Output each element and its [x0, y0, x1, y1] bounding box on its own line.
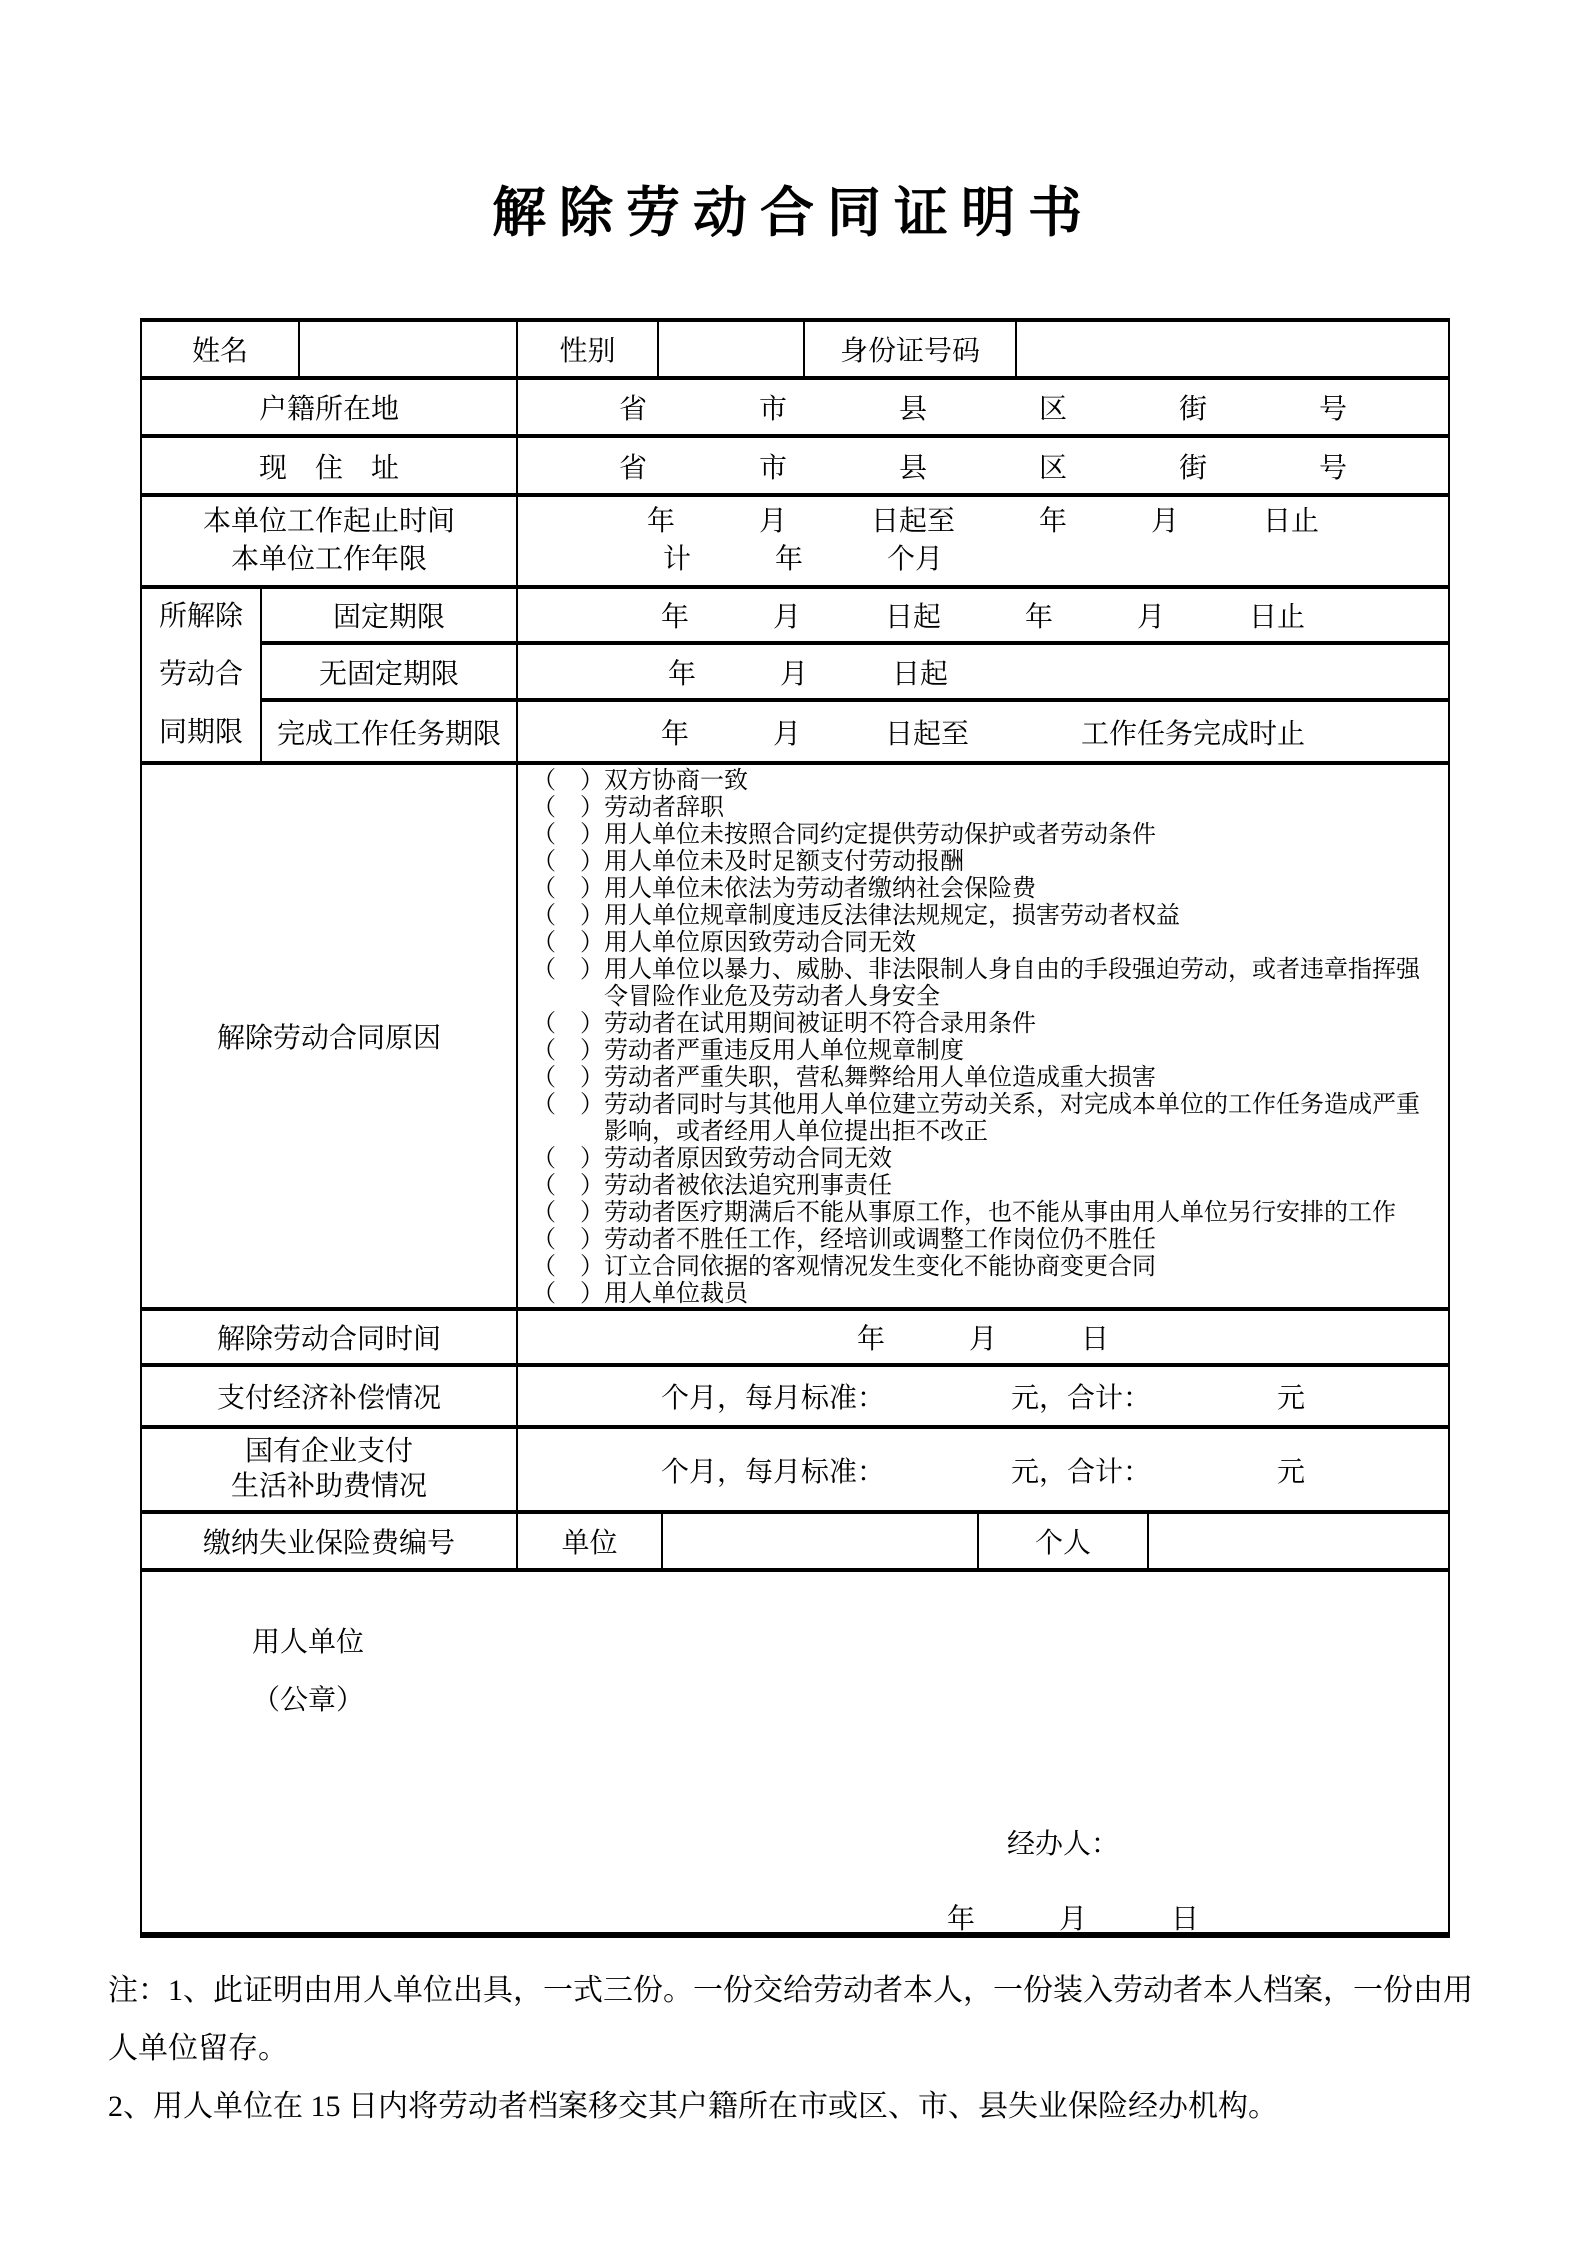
row-fixed-term: 固定期限 年 月 日起 年 月 日止: [262, 589, 1448, 645]
reason-item: （ ）劳动者原因致劳动合同无效: [532, 1146, 1442, 1173]
row-signature: 用人单位 （公章） 经办人： 年 月 日: [142, 1572, 1448, 1932]
checkbox-marker[interactable]: （ ）: [532, 1146, 604, 1173]
insurance-unit-label: 单位: [518, 1514, 663, 1568]
reason-text: 用人单位以暴力、威胁、非法限制人身自由的手段强迫劳动，或者违章指挥强令冒险作业危…: [604, 957, 1442, 1011]
reason-item: （ ）劳动者不胜任工作，经培训或调整工作岗位仍不胜任: [532, 1227, 1442, 1254]
gender-value-cell[interactable]: [659, 322, 805, 376]
task-term-value-cell[interactable]: 年 月 日起至 工作任务完成时止: [518, 702, 1448, 761]
work-period-value-line2: 计 年 个月: [518, 543, 1448, 577]
reason-item: （ ）用人单位原因致劳动合同无效: [532, 930, 1442, 957]
checkbox-marker[interactable]: （ ）: [532, 1281, 604, 1308]
reason-item: （ ）劳动者医疗期满后不能从事原工作，也不能从事由用人单位另行安排的工作: [532, 1200, 1442, 1227]
row-compensation: 支付经济补偿情况 个月，每月标准： 元，合计： 元: [142, 1367, 1448, 1429]
insurance-number-label: 缴纳失业保险费编号: [142, 1514, 518, 1568]
reason-text: 劳动者不胜任工作，经培训或调整工作岗位仍不胜任: [604, 1227, 1442, 1254]
reason-item: （ ）用人单位未及时足额支付劳动报酬: [532, 849, 1442, 876]
document-title: 解除劳动合同证明书: [0, 170, 1587, 247]
fixed-term-value-cell[interactable]: 年 月 日起 年 月 日止: [518, 589, 1448, 641]
row-personal-info: 姓名 性别 身份证号码: [142, 322, 1448, 380]
checkbox-marker[interactable]: （ ）: [532, 768, 604, 795]
reason-item: （ ）用人单位以暴力、威胁、非法限制人身自由的手段强迫劳动，或者违章指挥强令冒险…: [532, 957, 1442, 1011]
gender-label: 性别: [518, 322, 659, 376]
checkbox-marker[interactable]: （ ）: [532, 876, 604, 903]
reason-text: 用人单位规章制度违反法律法规规定，损害劳动者权益: [604, 903, 1442, 930]
handler-label[interactable]: 经办人：: [1007, 1822, 1119, 1862]
compensation-value-cell[interactable]: 个月，每月标准： 元，合计： 元: [518, 1367, 1448, 1425]
termination-time-label: 解除劳动合同时间: [142, 1311, 518, 1363]
compensation-label: 支付经济补偿情况: [142, 1367, 518, 1425]
checkbox-marker[interactable]: （ ）: [532, 1011, 604, 1038]
signature-cell: 用人单位 （公章） 经办人： 年 月 日: [142, 1572, 1448, 1932]
checkbox-marker[interactable]: （ ）: [532, 1227, 604, 1254]
current-address-label: 现 住 址: [142, 438, 518, 493]
work-period-label-line2: 本单位工作年限: [231, 543, 427, 577]
registered-residence-value-cell[interactable]: 省 市 县 区 街 号: [518, 380, 1448, 434]
official-seal-label: （公章）: [252, 1672, 364, 1730]
id-number-label: 身份证号码: [805, 322, 1017, 376]
work-period-label-line1: 本单位工作起止时间: [203, 505, 455, 539]
reason-item: （ ）劳动者严重失职，营私舞弊给用人单位造成重大损害: [532, 1065, 1442, 1092]
checkbox-marker[interactable]: （ ）: [532, 1254, 604, 1281]
name-label: 姓名: [142, 322, 300, 376]
reason-item: （ ）劳动者被依法追究刑事责任: [532, 1173, 1442, 1200]
row-contract-term-section: 所解除 劳动合 同期限 固定期限 年 月 日起 年 月 日止 无固定期限 年 月…: [142, 589, 1448, 765]
contract-term-rows: 固定期限 年 月 日起 年 月 日止 无固定期限 年 月 日起 完成工作任务期限…: [262, 589, 1448, 761]
checkbox-marker[interactable]: （ ）: [532, 795, 604, 822]
open-term-label: 无固定期限: [262, 645, 518, 698]
signature-date-line[interactable]: 年 月 日: [947, 1897, 1199, 1937]
checkbox-marker[interactable]: （ ）: [532, 957, 604, 984]
registered-residence-label: 户籍所在地: [142, 380, 518, 434]
work-period-value-line1: 年 月 日起至 年 月 日止: [518, 505, 1448, 539]
footnote-line3: 2、用人单位在 15 日内将劳动者档案移交其户籍所在市或区、市、县失业保险经办机…: [108, 2078, 1498, 2136]
current-address-value-cell[interactable]: 省 市 县 区 街 号: [518, 438, 1448, 493]
checkbox-marker[interactable]: （ ）: [532, 1173, 604, 1200]
checkbox-marker[interactable]: （ ）: [532, 1092, 604, 1119]
reason-text: 订立合同依据的客观情况发生变化不能协商变更合同: [604, 1254, 1442, 1281]
insurance-personal-label: 个人: [979, 1514, 1149, 1568]
reason-item: （ ）用人单位裁员: [532, 1281, 1442, 1308]
reason-text: 劳动者严重违反用人单位规章制度: [604, 1038, 1442, 1065]
reason-text: 双方协商一致: [604, 768, 1442, 795]
subsidy-label: 国有企业支付 生活补助费情况: [142, 1429, 518, 1510]
checkbox-marker[interactable]: （ ）: [532, 930, 604, 957]
reason-item: （ ）劳动者同时与其他用人单位建立劳动关系，对完成本单位的工作任务造成严重影响，…: [532, 1092, 1442, 1146]
task-term-label: 完成工作任务期限: [262, 702, 518, 761]
reason-text: 劳动者同时与其他用人单位建立劳动关系，对完成本单位的工作任务造成严重影响，或者经…: [604, 1092, 1442, 1146]
row-open-term: 无固定期限 年 月 日起: [262, 645, 1448, 702]
footnotes: 注：1、此证明由用人单位出具，一式三份。一份交给劳动者本人，一份装入劳动者本人档…: [108, 1962, 1498, 2136]
subsidy-label-line2: 生活补助费情况: [231, 1470, 427, 1504]
termination-reasons-label: 解除劳动合同原因: [142, 765, 518, 1307]
id-number-value-cell[interactable]: [1017, 322, 1448, 376]
checkbox-marker[interactable]: （ ）: [532, 1200, 604, 1227]
contract-term-group-line2: 劳动合: [159, 661, 243, 689]
reason-item: （ ）劳动者辞职: [532, 795, 1442, 822]
termination-reasons-list: （ ）双方协商一致 （ ）劳动者辞职 （ ）用人单位未按照合同约定提供劳动保护或…: [518, 765, 1448, 1307]
work-period-value-cell[interactable]: 年 月 日起至 年 月 日止 计 年 个月: [518, 497, 1448, 585]
reason-item: （ ）劳动者严重违反用人单位规章制度: [532, 1038, 1442, 1065]
fixed-term-label: 固定期限: [262, 589, 518, 641]
row-task-term: 完成工作任务期限 年 月 日起至 工作任务完成时止: [262, 702, 1448, 761]
reason-text: 用人单位未依法为劳动者缴纳社会保险费: [604, 876, 1442, 903]
reason-item: （ ）用人单位规章制度违反法律法规规定，损害劳动者权益: [532, 903, 1442, 930]
footnote-line2: 人单位留存。: [108, 2020, 1498, 2078]
contract-term-group-line1: 所解除: [159, 603, 243, 631]
name-value-cell[interactable]: [300, 322, 518, 376]
row-work-period: 本单位工作起止时间 本单位工作年限 年 月 日起至 年 月 日止 计 年 个月: [142, 497, 1448, 589]
reason-text: 劳动者医疗期满后不能从事原工作，也不能从事由用人单位另行安排的工作: [604, 1200, 1442, 1227]
insurance-unit-value-cell[interactable]: [663, 1514, 979, 1568]
reason-text: 用人单位未及时足额支付劳动报酬: [604, 849, 1442, 876]
reason-text: 劳动者在试用期间被证明不符合录用条件: [604, 1011, 1442, 1038]
reason-item: （ ）双方协商一致: [532, 768, 1442, 795]
termination-time-value-cell[interactable]: 年 月 日: [518, 1311, 1448, 1363]
row-termination-time: 解除劳动合同时间 年 月 日: [142, 1311, 1448, 1367]
reason-text: 劳动者被依法追究刑事责任: [604, 1173, 1442, 1200]
row-registered-residence: 户籍所在地 省 市 县 区 街 号: [142, 380, 1448, 438]
row-current-address: 现 住 址 省 市 县 区 街 号: [142, 438, 1448, 497]
employer-label: 用人单位: [252, 1614, 364, 1672]
footnote-line1: 注：1、此证明由用人单位出具，一式三份。一份交给劳动者本人，一份装入劳动者本人档…: [108, 1962, 1498, 2020]
reason-text: 用人单位裁员: [604, 1281, 1442, 1308]
row-subsidy: 国有企业支付 生活补助费情况 个月，每月标准： 元，合计： 元: [142, 1429, 1448, 1514]
reason-text: 劳动者原因致劳动合同无效: [604, 1146, 1442, 1173]
reason-item: （ ）用人单位未按照合同约定提供劳动保护或者劳动条件: [532, 822, 1442, 849]
row-insurance-number: 缴纳失业保险费编号 单位 个人: [142, 1514, 1448, 1572]
subsidy-value-cell[interactable]: 个月，每月标准： 元，合计： 元: [518, 1429, 1448, 1510]
reason-item: （ ）用人单位未依法为劳动者缴纳社会保险费: [532, 876, 1442, 903]
checkbox-marker[interactable]: （ ）: [532, 822, 604, 849]
reason-text: 用人单位原因致劳动合同无效: [604, 930, 1442, 957]
reason-text: 用人单位未按照合同约定提供劳动保护或者劳动条件: [604, 822, 1442, 849]
checkbox-marker[interactable]: （ ）: [532, 903, 604, 930]
termination-certificate-table: 姓名 性别 身份证号码 户籍所在地 省 市 县 区 街 号 现 住 址 省 市 …: [140, 318, 1450, 1938]
checkbox-marker[interactable]: （ ）: [532, 1038, 604, 1065]
reason-text: 劳动者辞职: [604, 795, 1442, 822]
reason-item: （ ）订立合同依据的客观情况发生变化不能协商变更合同: [532, 1254, 1442, 1281]
reason-item: （ ）劳动者在试用期间被证明不符合录用条件: [532, 1011, 1442, 1038]
checkbox-marker[interactable]: （ ）: [532, 849, 604, 876]
contract-term-group-label: 所解除 劳动合 同期限: [142, 589, 262, 761]
open-term-value-cell[interactable]: 年 月 日起: [518, 645, 1448, 698]
reason-text: 劳动者严重失职，营私舞弊给用人单位造成重大损害: [604, 1065, 1442, 1092]
employer-seal-label: 用人单位 （公章）: [252, 1614, 364, 1730]
subsidy-label-line1: 国有企业支付: [245, 1435, 413, 1469]
contract-term-group-line3: 同期限: [159, 719, 243, 747]
insurance-personal-value-cell[interactable]: [1149, 1514, 1448, 1568]
row-termination-reasons: 解除劳动合同原因 （ ）双方协商一致 （ ）劳动者辞职 （ ）用人单位未按照合同…: [142, 765, 1448, 1311]
work-period-label: 本单位工作起止时间 本单位工作年限: [142, 497, 518, 585]
checkbox-marker[interactable]: （ ）: [532, 1065, 604, 1092]
